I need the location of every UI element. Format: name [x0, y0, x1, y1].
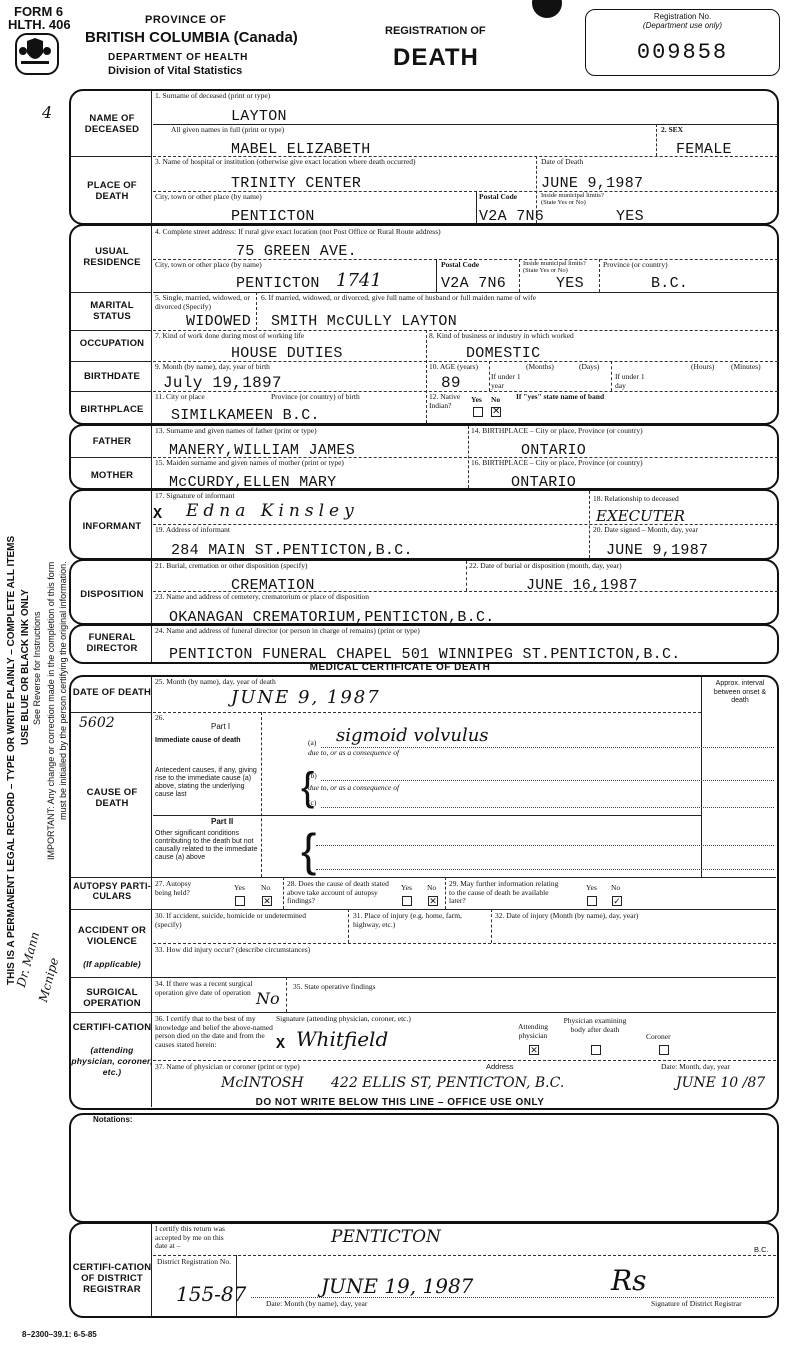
registrar-section: CERTIFI-CATION OF DISTRICT REGISTRAR I c…: [69, 1222, 779, 1318]
registration-number: 009858: [586, 40, 779, 65]
label-cause-number: 26.: [155, 714, 164, 723]
form-print-code: 8–2300–39.1: 6-5-85: [22, 1330, 97, 1339]
label-native-yes: Yes: [471, 396, 482, 405]
birthplace-value[interactable]: SIMILKAMEEN B.C.: [171, 408, 320, 423]
informant-section: INFORMANT 17. Signature of informant 18.…: [69, 489, 779, 560]
label-death-city: City, town or other place (by name): [155, 193, 262, 202]
attending-checkbox[interactable]: ✕: [529, 1045, 539, 1055]
informant-signature[interactable]: Edna Kinsley: [186, 501, 359, 521]
district-reg-no-value[interactable]: 155-87: [176, 1282, 246, 1306]
label-antecedent: Antecedent causes, if any, giving rise t…: [155, 767, 260, 799]
margin-mark: 4: [42, 103, 52, 122]
res-city-value[interactable]: PENTICTON: [236, 276, 320, 291]
label-attending: Attending physician: [511, 1023, 555, 1040]
label-res-city: City, town or other place (by name): [155, 261, 262, 270]
label-under-year: If under 1 year: [491, 373, 531, 390]
medical-certificate-title: MEDICAL CERTIFICATE OF DEATH: [0, 662, 800, 673]
label-birthdate: 9. Month (by name), day, year of birth: [155, 363, 270, 372]
section-label-disposition: DISPOSITION: [71, 589, 153, 600]
given-names-value[interactable]: MABEL ELIZABETH: [231, 142, 371, 157]
label-days: (Days): [579, 363, 599, 372]
autopsy-yes-checkbox[interactable]: [235, 896, 245, 906]
father-value[interactable]: MANERY,WILLIAM JAMES: [169, 443, 355, 458]
relationship-value[interactable]: EXECUTER: [596, 507, 685, 525]
section-label-autopsy: AUTOPSY PARTI-CULARS: [71, 881, 153, 901]
label-injury-date: 32. Date of injury (Month (by name), day…: [495, 912, 638, 921]
section-label-date-of-death: DATE OF DEATH: [71, 687, 153, 698]
physician-address-value[interactable]: 422 ELLIS ST, PENTICTON, B.C.: [331, 1075, 564, 1091]
label-native-indian: 12. Native Indian?: [429, 393, 465, 410]
label-other-conditions: Other significant conditions contributin…: [155, 830, 260, 862]
birthdate-value[interactable]: July 19,1897: [163, 376, 282, 391]
label-res-province: Province (or country): [603, 261, 668, 270]
margin-legal-notice: THIS IS A PERMANENT LEGAL RECORD – TYPE …: [6, 536, 17, 985]
label-approx-interval: Approx. interval between onset & death: [705, 680, 775, 706]
label-months: (Months): [526, 363, 554, 372]
funeral-director-value[interactable]: PENTICTON FUNERAL CHAPEL 501 WINNIPEG ST…: [169, 647, 681, 662]
section-label-informant: INFORMANT: [71, 521, 153, 532]
father-birthplace-value[interactable]: ONTARIO: [521, 443, 586, 458]
label-injury-how: 33. How did injury occur? (describe circ…: [155, 946, 310, 955]
death-limits-value[interactable]: YES: [616, 209, 644, 224]
coroner-checkbox[interactable]: [659, 1045, 669, 1055]
label-disposition: 21. Burial, cremation or other dispositi…: [155, 562, 307, 571]
label-due-to-a: due to, or as a consequence of: [308, 749, 399, 758]
form-code: HLTH. 406: [8, 18, 71, 32]
label-res-postal: Postal Code: [441, 261, 479, 270]
personal-section: USUAL RESIDENCE MARITAL STATUS OCCUPATIO…: [69, 224, 779, 425]
physician-name-value[interactable]: McINTOSH: [221, 1075, 304, 1091]
label-certify-statement: 36. I certify that to the best of my kno…: [155, 1015, 273, 1049]
label-father-birthplace: 14. BIRTHPLACE – City or place, Province…: [471, 427, 643, 436]
medical-section: DATE OF DEATH 5602 CAUSE OF DEATH AUTOPS…: [69, 675, 779, 1110]
marital-value[interactable]: WIDOWED: [186, 314, 251, 329]
label-given-names: All given names in full (print or type): [171, 126, 284, 135]
section-label-residence: USUAL RESIDENCE: [71, 246, 153, 268]
label-further-yes: Yes: [586, 884, 597, 893]
label-mother-birthplace: 16. BIRTHPLACE – City or place, Province…: [471, 459, 643, 468]
informant-address-value[interactable]: 284 MAIN ST.PENTICTON,B.C.: [171, 543, 413, 558]
physician-signature[interactable]: Whitfield: [296, 1027, 388, 1051]
label-spouse: 6. If married, widowed, or divorced, giv…: [261, 294, 536, 303]
division-label: Division of Vital Statistics: [108, 65, 242, 77]
label-certify-return: I certify this return was accepted by me…: [155, 1225, 235, 1251]
label-operative-findings: 35. State operative findings: [293, 983, 375, 992]
label-hours: (Hours): [691, 363, 714, 372]
label-registrar-date: Date: Month (by name), day, year: [266, 1300, 367, 1309]
cert-x-mark: X: [276, 1037, 285, 1052]
disposition-section: DISPOSITION 21. Burial, cremation or oth…: [69, 559, 779, 625]
section-label-certification: CERTIFI-CATION: [71, 1022, 153, 1033]
registrar-date-value[interactable]: JUNE 19, 1987: [321, 1274, 473, 1298]
label-cause-c: (c): [308, 799, 316, 808]
res-city-note: 1741: [336, 270, 382, 291]
label-autopsy-yes: Yes: [234, 884, 245, 893]
res-limits-value[interactable]: YES: [556, 276, 584, 291]
cause-a-value[interactable]: sigmoid volvulus: [336, 725, 489, 746]
label-marital: 5. Single, married, widowed, or divorced…: [155, 294, 255, 311]
label-minutes: (Minutes): [731, 363, 761, 372]
label-further-info: 29. May further information relating to …: [449, 880, 564, 906]
label-birth-province: Province (or country) of birth: [271, 393, 360, 402]
label-hospital: 3. Name of hospital or institution (othe…: [155, 158, 416, 167]
crest-logo-icon: [15, 33, 59, 75]
label-cause-b: (b): [308, 772, 317, 781]
res-postal-value[interactable]: V2A 7N6: [441, 276, 506, 291]
further-no-checkbox[interactable]: ✓: [612, 896, 622, 906]
examining-checkbox[interactable]: [591, 1045, 601, 1055]
label-informant-address: 19. Address of informant: [155, 526, 230, 535]
findings-yes-checkbox[interactable]: [402, 896, 412, 906]
date-of-death-value[interactable]: JUNE 9,1987: [541, 176, 643, 191]
section-label-funeral: FUNERAL DIRECTOR: [71, 632, 153, 654]
label-autopsy-held: 27. Autopsy being held?: [155, 880, 195, 897]
section-label-name: NAME OF DECEASED: [71, 113, 153, 135]
section-label-birthplace: BIRTHPLACE: [71, 404, 153, 415]
document-type-title: DEATH: [393, 44, 479, 72]
label-date-of-death-med: 25. Month (by name), day, year of death: [155, 678, 276, 687]
label-autopsy-findings: 28. Does the cause of death stated above…: [287, 880, 395, 906]
label-disposition-date: 22. Date of burial or disposition (month…: [469, 562, 622, 571]
reg-no-note: (Department use only): [586, 21, 779, 30]
native-no-checkbox[interactable]: ✕: [491, 407, 501, 417]
section-label-accident-note: (If applicable): [71, 959, 153, 970]
label-father: 13. Surname and given names of father (p…: [155, 427, 317, 436]
label-industry: 8. Kind of business or industry in which…: [429, 332, 574, 341]
label-birth-city: 11. City or place: [155, 393, 205, 402]
section-label-birthdate: BIRTHDATE: [71, 371, 153, 382]
office-use-warning: DO NOT WRITE BELOW THIS LINE – OFFICE US…: [0, 1097, 800, 1108]
section-label-father: FATHER: [71, 436, 153, 447]
registration-number-box: Registration No. (Department use only) 0…: [585, 9, 780, 76]
reg-no-label: Registration No.: [586, 12, 779, 21]
section-label-occupation: OCCUPATION: [71, 338, 153, 349]
date-signed-value[interactable]: JUNE 9,1987: [606, 543, 708, 558]
registrar-signature[interactable]: Rs: [611, 1264, 646, 1297]
label-funeral-director: 24. Name and address of funeral director…: [155, 627, 420, 636]
section-label-surgical: SURGICAL OPERATION: [71, 987, 153, 1009]
notations-section: Notations:: [69, 1113, 779, 1223]
label-autopsy-no: No: [261, 884, 270, 893]
autopsy-no-checkbox[interactable]: ✕: [262, 896, 272, 906]
surgery-value[interactable]: No: [256, 989, 280, 1008]
findings-no-checkbox[interactable]: ✕: [428, 896, 438, 906]
margin-handwriting-2: Mcnipe: [36, 956, 61, 1003]
label-further-no: No: [611, 884, 620, 893]
label-age: 10. AGE (years): [429, 363, 478, 372]
cause-code: 5602: [79, 715, 115, 731]
label-under-day: If under 1 day: [615, 373, 655, 390]
label-relationship: 18. Relationship to deceased: [593, 495, 679, 504]
margin-important-notice: IMPORTANT: Any change or correction made…: [46, 562, 56, 860]
section-label-place: PLACE OF DEATH: [71, 180, 153, 202]
label-district-reg-no: District Registration No.: [157, 1258, 231, 1267]
funeral-section: FUNERAL DIRECTOR 24. Name and address of…: [69, 624, 779, 664]
label-due-to-b: due to, or as a consequence of: [308, 784, 399, 793]
label-sex: 2. SEX: [661, 126, 683, 135]
section-label-cause: CAUSE OF DEATH: [71, 787, 153, 809]
informant-x-mark: X: [153, 507, 162, 522]
province-of-label: PROVINCE OF: [145, 14, 226, 26]
death-postal-value[interactable]: V2A 7N6: [479, 209, 544, 224]
label-notations: Notations:: [93, 1116, 133, 1125]
margin-initial-notice: must be initialled by the person certify…: [58, 561, 68, 820]
res-province-value[interactable]: B.C.: [651, 276, 688, 291]
label-registrar-signature: Signature of District Registrar: [651, 1300, 742, 1309]
label-native-no: No: [491, 396, 500, 405]
native-yes-checkbox[interactable]: [473, 407, 483, 417]
industry-value[interactable]: DOMESTIC: [466, 346, 540, 361]
label-signature: Signature (attending physician, coroner,…: [276, 1015, 411, 1024]
label-findings-no: No: [427, 884, 436, 893]
further-yes-checkbox[interactable]: [587, 896, 597, 906]
deceased-section: NAME OF DECEASED PLACE OF DEATH 1. Surna…: [69, 89, 779, 225]
parents-section: FATHER MOTHER 13. Surname and given name…: [69, 424, 779, 490]
label-mother: 15. Maiden surname and given names of mo…: [155, 459, 344, 468]
label-surname: 1. Surname of deceased (print or type): [155, 92, 270, 101]
label-injury-place: 31. Place of injury (e.g. home, farm, hi…: [353, 912, 473, 929]
age-value[interactable]: 89: [441, 376, 461, 391]
occupation-value[interactable]: HOUSE DUTIES: [231, 346, 343, 361]
label-street: 4. Complete street address: If rural giv…: [155, 228, 441, 237]
section-label-certification-note: (attending physician, coroner, etc.): [71, 1045, 153, 1078]
label-accident-type: 30. If accident, suicide, homicide or un…: [155, 912, 315, 929]
label-res-limits: Inside municipal limits? (State Yes or N…: [523, 260, 593, 274]
label-date-signed: 20. Date signed – Month, day, year: [593, 526, 698, 535]
label-examining: Physician examining body after death: [563, 1017, 627, 1034]
label-physician-address: Address: [486, 1063, 514, 1072]
province-title: BRITISH COLUMBIA (Canada): [85, 29, 298, 46]
label-coroner: Coroner: [646, 1033, 671, 1042]
section-label-marital: MARITAL STATUS: [71, 300, 153, 322]
death-city-value[interactable]: PENTICTON: [231, 209, 315, 224]
label-death-limits: Inside municipal limits? (State Yes or N…: [541, 192, 611, 206]
label-bc: B.C.: [754, 1246, 769, 1255]
label-crematorium: 23. Name and address of cemetery, cremat…: [155, 593, 369, 602]
department-label: DEPARTMENT OF HEALTH: [108, 52, 248, 63]
label-physician-name: 37. Name of physician or coroner (print …: [155, 1063, 300, 1072]
label-band: If "yes" state name of band: [516, 393, 604, 402]
sex-value[interactable]: FEMALE: [676, 142, 732, 157]
label-cause-a: (a): [308, 739, 316, 748]
mother-birthplace-value[interactable]: ONTARIO: [511, 475, 576, 490]
label-immediate-cause: Immediate cause of death: [155, 737, 241, 746]
registration-of-label: REGISTRATION OF: [385, 25, 486, 37]
mother-value[interactable]: McCURDY,ELLEN MARY: [169, 475, 336, 490]
label-informant-signature: 17. Signature of informant: [155, 492, 235, 501]
label-date-of-death: Date of Death: [541, 158, 583, 167]
label-part2: Part II: [211, 818, 233, 827]
label-cert-date: Date: Month, day, year: [661, 1063, 730, 1072]
margin-handwriting-1: Dr. Mann: [14, 930, 42, 988]
section-label-accident: ACCIDENT OR VIOLENCE: [71, 925, 153, 947]
label-death-postal: Postal Code: [479, 193, 517, 202]
date-of-death-med-value[interactable]: JUNE 9, 1987: [231, 687, 381, 708]
spouse-value[interactable]: SMITH McCULLY LAYTON: [271, 314, 457, 329]
hospital-value[interactable]: TRINITY CENTER: [231, 176, 361, 191]
brace-other: {: [301, 827, 316, 873]
punch-hole: [532, 0, 562, 18]
crematorium-value[interactable]: OKANAGAN CREMATORIUM,PENTICTON,B.C.: [169, 610, 495, 625]
street-value[interactable]: 75 GREEN AVE.: [236, 244, 357, 259]
surname-value[interactable]: LAYTON: [231, 109, 287, 124]
section-label-registrar: CERTIFI-CATION OF DISTRICT REGISTRAR: [71, 1262, 153, 1295]
label-findings-yes: Yes: [401, 884, 412, 893]
section-label-mother: MOTHER: [71, 470, 153, 481]
cert-date-value[interactable]: JUNE 10 /87: [676, 1075, 765, 1091]
label-part1: Part I: [211, 723, 230, 732]
label-occupation: 7. Kind of work done during most of work…: [155, 332, 304, 341]
accepted-at-value[interactable]: PENTICTON: [331, 1227, 441, 1247]
